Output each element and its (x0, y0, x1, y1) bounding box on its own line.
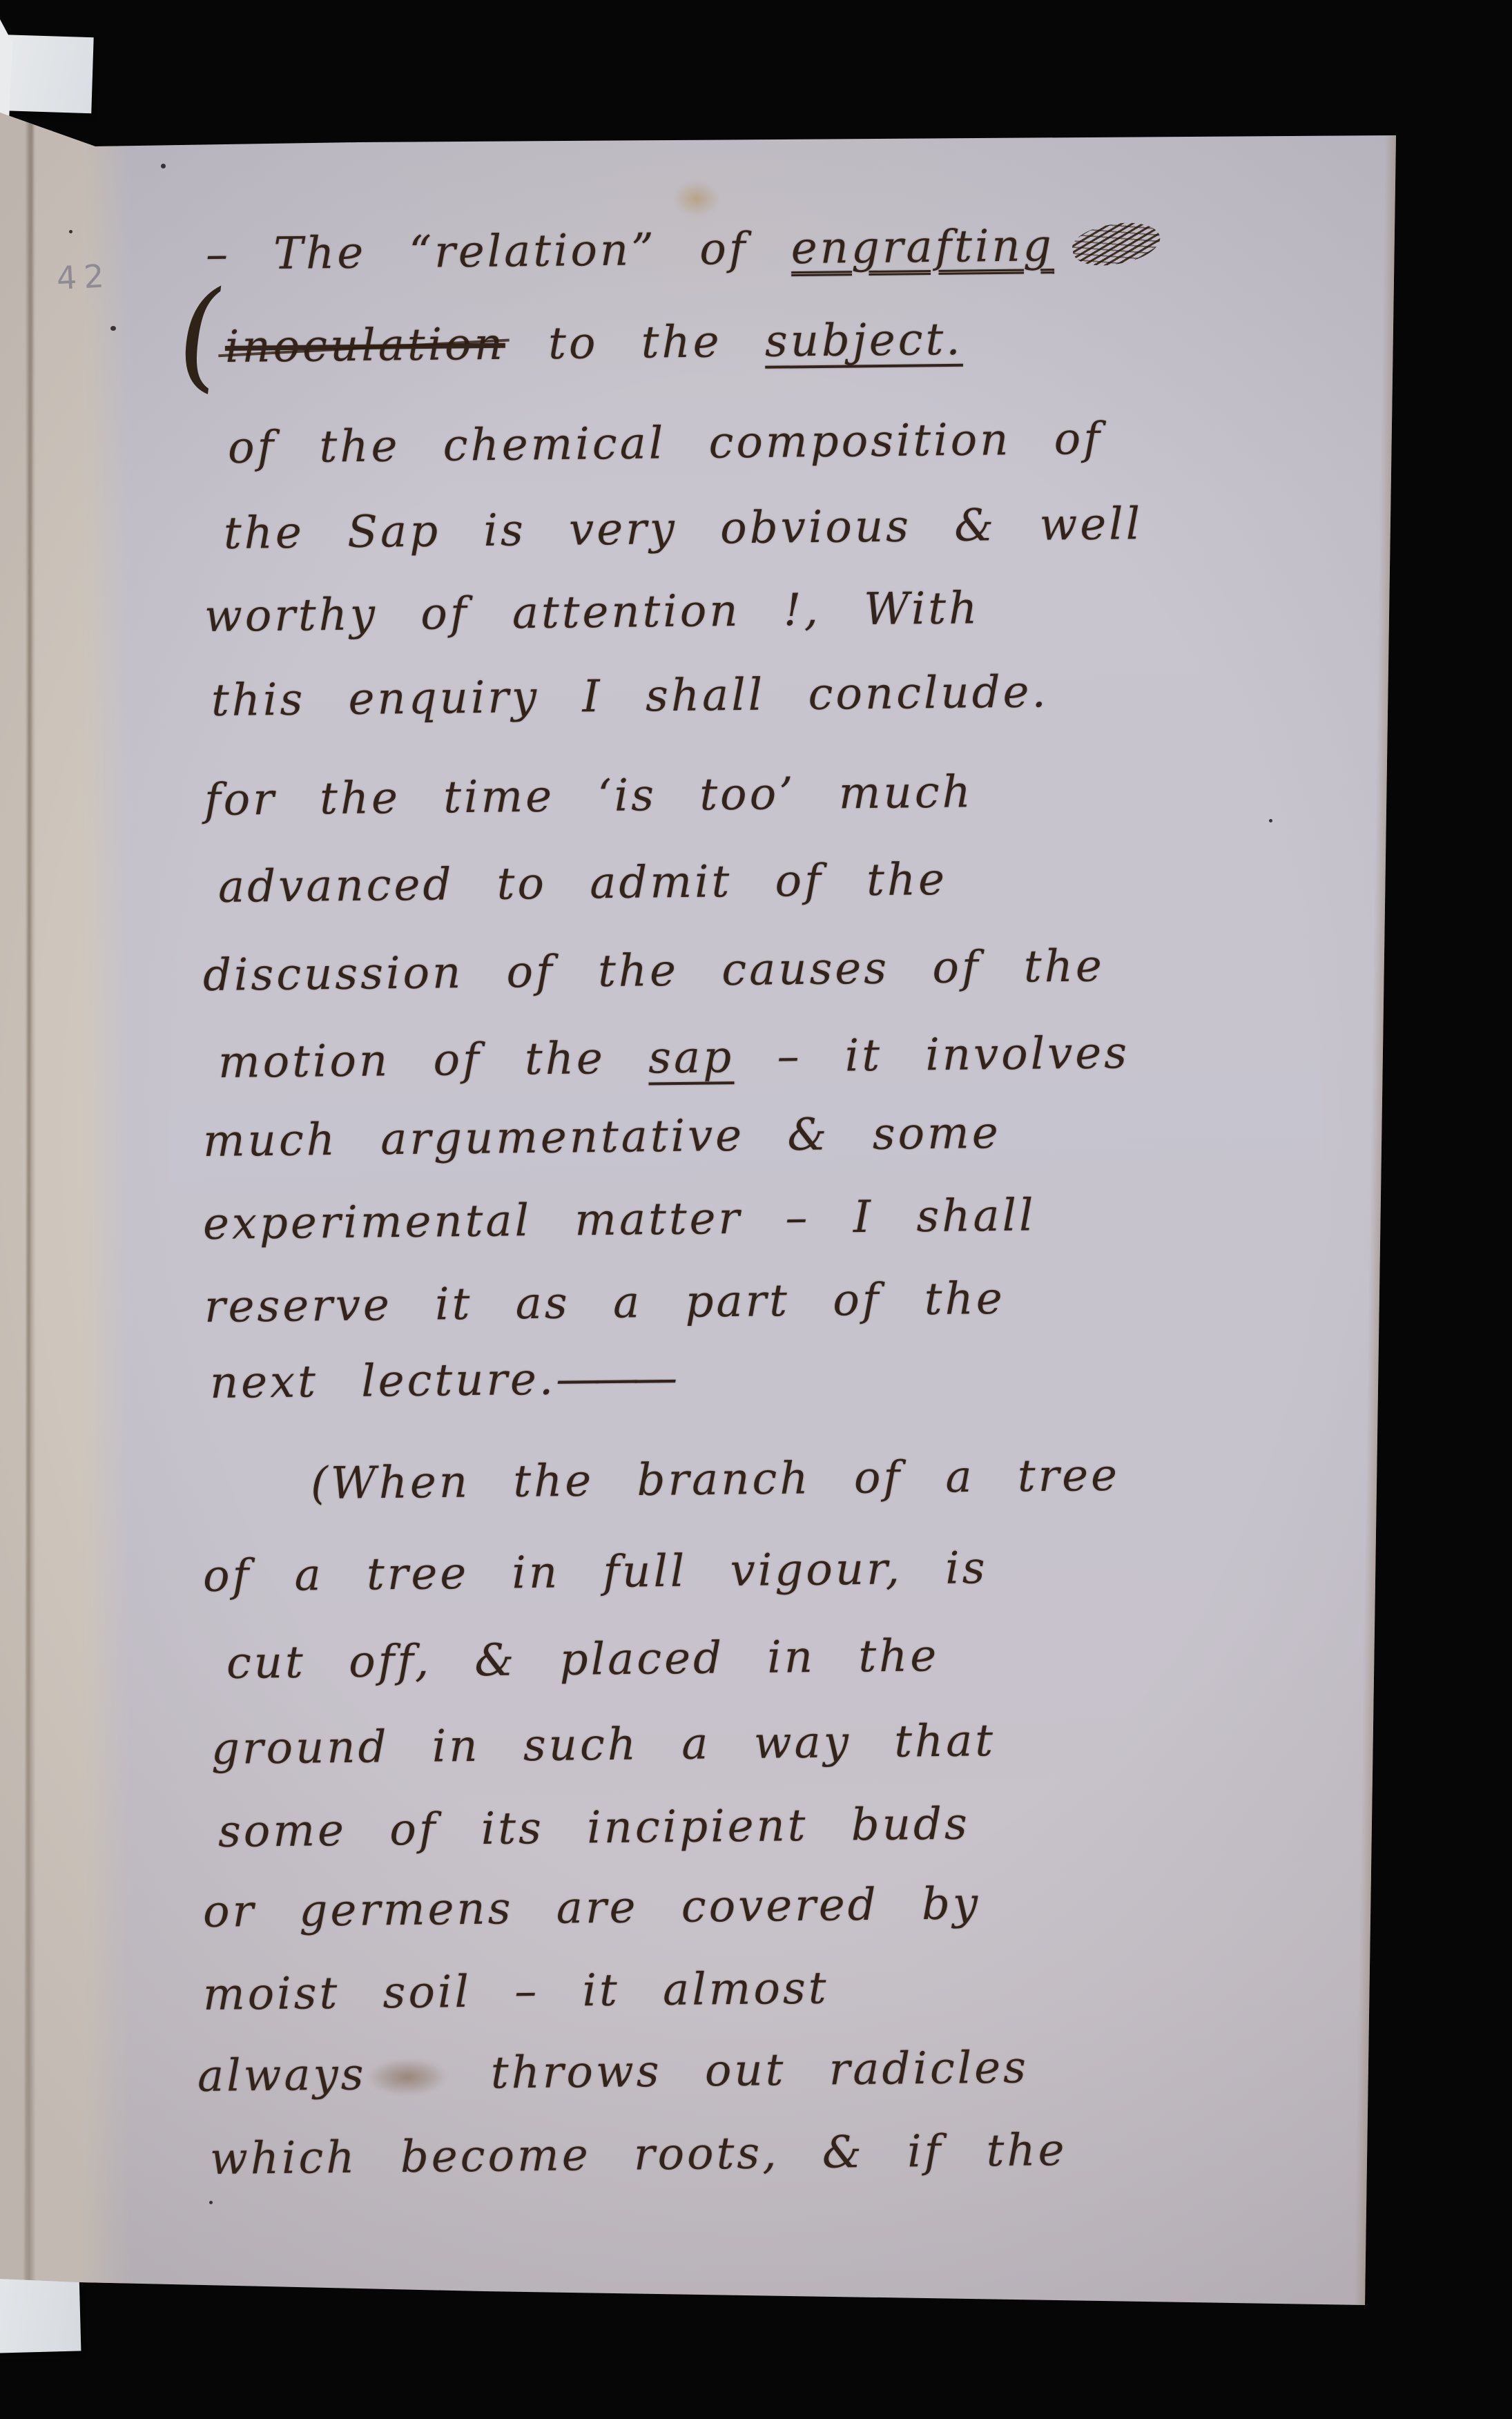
manuscript-line: (When the branch of a tree (311, 1453, 1121, 1507)
text-run: moist soil – it almost (203, 1963, 829, 2021)
manuscript-page: 42 ( – The “relation” of engrafting inoc… (0, 0, 1512, 2419)
text-run-underlined: sap (648, 1032, 735, 1083)
text-run: experimental matter – I shall (203, 1190, 1036, 1250)
closing-dash-flourish: ——— (556, 1353, 672, 1405)
ink-speck (110, 326, 116, 331)
manuscript-line: advanced to admit of the (218, 857, 948, 911)
photographed-manuscript: { "page": { "folio_number": "42", "backg… (0, 0, 1512, 2419)
manuscript-line: cut off, & placed in the (226, 1633, 940, 1687)
text-run: – The “relation” of (206, 223, 792, 280)
text-run: for the time ‘is too’ much (204, 767, 974, 826)
manuscript-line: experimental matter – I shall (203, 1193, 1036, 1248)
manuscript-line: reserve it as a part of the (204, 1276, 1005, 1331)
manuscript-line: the Sap is very obvious & well (224, 501, 1143, 557)
gutter-crease (24, 113, 33, 2281)
manuscript-line: some of its incipient buds (218, 1802, 970, 1856)
text-run: of the chemical composition of (228, 414, 1103, 474)
text-run: next lecture. (210, 1354, 556, 1409)
folio-number: 42 (56, 260, 112, 294)
text-run: of a tree in full vigour, is (203, 1543, 988, 1602)
page-right-edge (1354, 133, 1396, 2309)
text-run: throws out radicles (447, 2042, 1029, 2099)
manuscript-line: discussion of the causes of the (203, 943, 1105, 999)
manuscript-line: motion of the sap – it involves (218, 1030, 1130, 1086)
text-run: ground in such a way that (211, 1715, 996, 1775)
text-run: advanced to admit of the (218, 854, 948, 913)
text-run: – it involves (734, 1028, 1130, 1083)
foxing-stain (674, 181, 719, 217)
ink-speck (69, 230, 72, 233)
text-run: reserve it as a part of the (204, 1273, 1005, 1333)
manuscript-line: always throws out radicles (197, 2045, 1029, 2100)
text-run: (When the branch of a tree (311, 1450, 1121, 1510)
archival-tab-bottom (0, 2273, 81, 2353)
manuscript-line: of a tree in full vigour, is (203, 1545, 988, 1600)
text-run-underlined: subject. (765, 314, 963, 367)
text-run: motion of the (218, 1032, 649, 1088)
manuscript-line: which become roots, & if the (210, 2128, 1067, 2183)
manuscript-line: or germens are covered by (203, 1881, 981, 1936)
opening-parenthesis: ( (173, 276, 226, 396)
text-run: to the (505, 316, 765, 370)
manuscript-line: of the chemical composition of (228, 416, 1103, 472)
text-run: always (197, 2049, 367, 2102)
text-run: some of its incipient buds (218, 1799, 971, 1858)
text-run: the Sap is very obvious & well (224, 499, 1143, 559)
ink-speck (209, 2201, 213, 2204)
text-run: or germens are covered by (203, 1878, 981, 1938)
manuscript-line: ground in such a way that (211, 1718, 996, 1773)
ink-speck (161, 164, 166, 168)
text-run: which become roots, & if the (210, 2125, 1067, 2185)
text-run: this enquiry I shall conclude. (211, 666, 1049, 726)
manuscript-line: – The “relation” of engrafting (206, 222, 1161, 279)
text-run: cut off, & placed in the (226, 1630, 940, 1689)
archival-tab-top (0, 35, 94, 113)
manuscript-line: moist soil – it almost (203, 1966, 829, 2019)
text-run: much argumentative & some (203, 1108, 1001, 1167)
manuscript-line: next lecture.——— (210, 1356, 672, 1407)
ink-smudge (366, 2058, 448, 2096)
text-run-struck: inoculation (225, 319, 506, 373)
text-run: worthy of attention !, With (204, 583, 980, 642)
manuscript-line: much argumentative & some (203, 1110, 1001, 1165)
manuscript-line: this enquiry I shall conclude. (211, 669, 1049, 724)
manuscript-line: worthy of attention !, With (204, 586, 980, 640)
ink-speck (1269, 819, 1272, 822)
ink-speck (878, 133, 882, 137)
scribbled-out-word (1069, 216, 1163, 272)
manuscript-line: inoculation to the subject. (225, 317, 963, 371)
text-run-underlined: engrafting (791, 220, 1054, 274)
text-run: discussion of the causes of the (203, 941, 1105, 1001)
manuscript-line: for the time ‘is too’ much (204, 769, 973, 824)
